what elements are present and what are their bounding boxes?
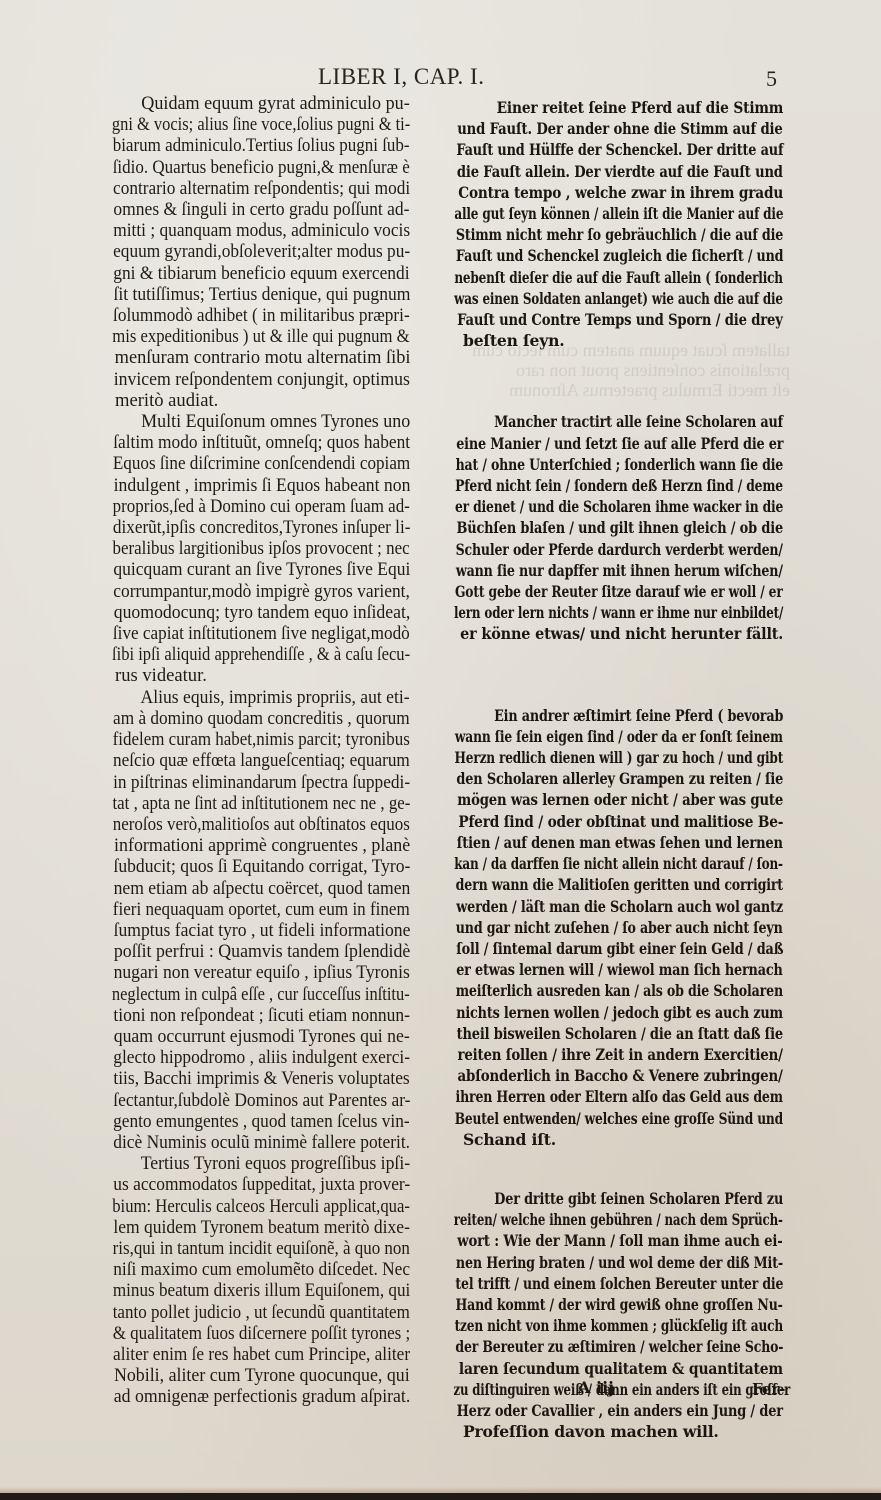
paragraph: Mancher tractirt alle ſeine Scholaren au…	[425, 411, 783, 644]
paragraph: Einer reitet ſeine Pferd auf die Stimmun…	[425, 97, 783, 351]
paragraph: Ein andrer æſtimirt ſeine Pferd ( bevora…	[425, 705, 783, 1150]
book-page: LIBER I, CAP. I. 5 tallatem ſcuat equum …	[0, 0, 881, 1493]
paragraph: Der dritte gibt ſeinen Scholaren Pferd z…	[425, 1188, 783, 1442]
paragraph: Multi Equiſonum omnes Tyrones unoſaltim …	[88, 411, 410, 687]
latin-column: Quidam equum gyrat adminiculo pu-gni & v…	[88, 93, 410, 1408]
paragraph: Quidam equum gyrat adminiculo pu-gni & v…	[88, 93, 410, 411]
catchword: Fer-	[752, 1380, 786, 1398]
paragraph: Alius equis, imprimis propriis, aut eti-…	[88, 687, 410, 1153]
page-number: 5	[766, 66, 777, 92]
signature-mark: A iij	[578, 1378, 614, 1397]
running-head: LIBER I, CAP. I.	[318, 64, 484, 90]
paragraph: Tertius Tyroni equos progreſſibus ipſi-u…	[88, 1153, 410, 1407]
german-column: Einer reitet ſeine Pferd auf die Stimmun…	[425, 97, 783, 1442]
